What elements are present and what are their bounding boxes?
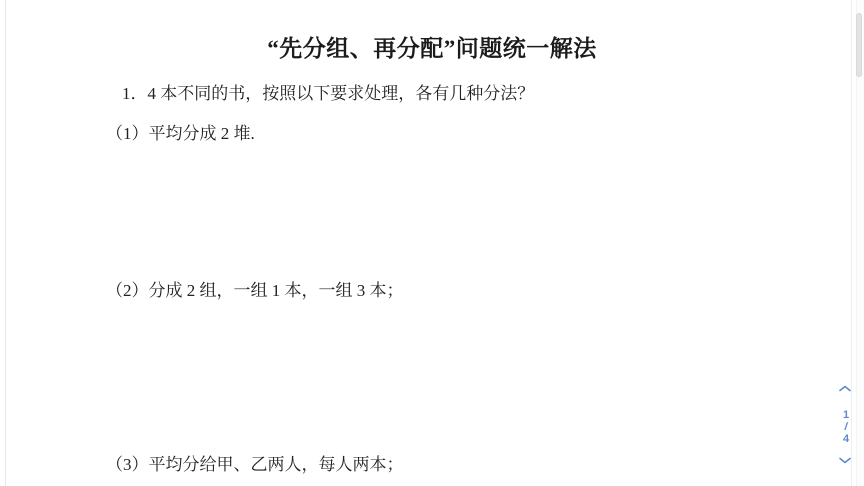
- question-part-3: （3）平均分给甲、乙两人，每人两本；: [106, 450, 404, 475]
- total-page-number: 4: [833, 434, 859, 445]
- chevron-down-icon[interactable]: [839, 457, 853, 465]
- question-part-2: （2）分成 2 组，一组 1 本，一组 3 本；: [106, 276, 404, 301]
- question-part-1: （1）平均分成 2 堆.: [106, 119, 255, 144]
- scrollbar-thumb[interactable]: [856, 13, 862, 77]
- document-title: “先分组、再分配”问题统一解法: [0, 30, 864, 63]
- document-page: “先分组、再分配”问题统一解法 1．4 本不同的书，按照以下要求处理，各有几种分…: [0, 0, 864, 486]
- page-navigator: 1 / 4: [833, 384, 859, 470]
- chevron-up-icon[interactable]: [839, 385, 853, 393]
- page-left-edge-rule: [5, 0, 6, 486]
- question-stem: 1．4 本不同的书，按照以下要求处理，各有几种分法？: [122, 79, 534, 104]
- current-page-number: 1: [833, 410, 859, 421]
